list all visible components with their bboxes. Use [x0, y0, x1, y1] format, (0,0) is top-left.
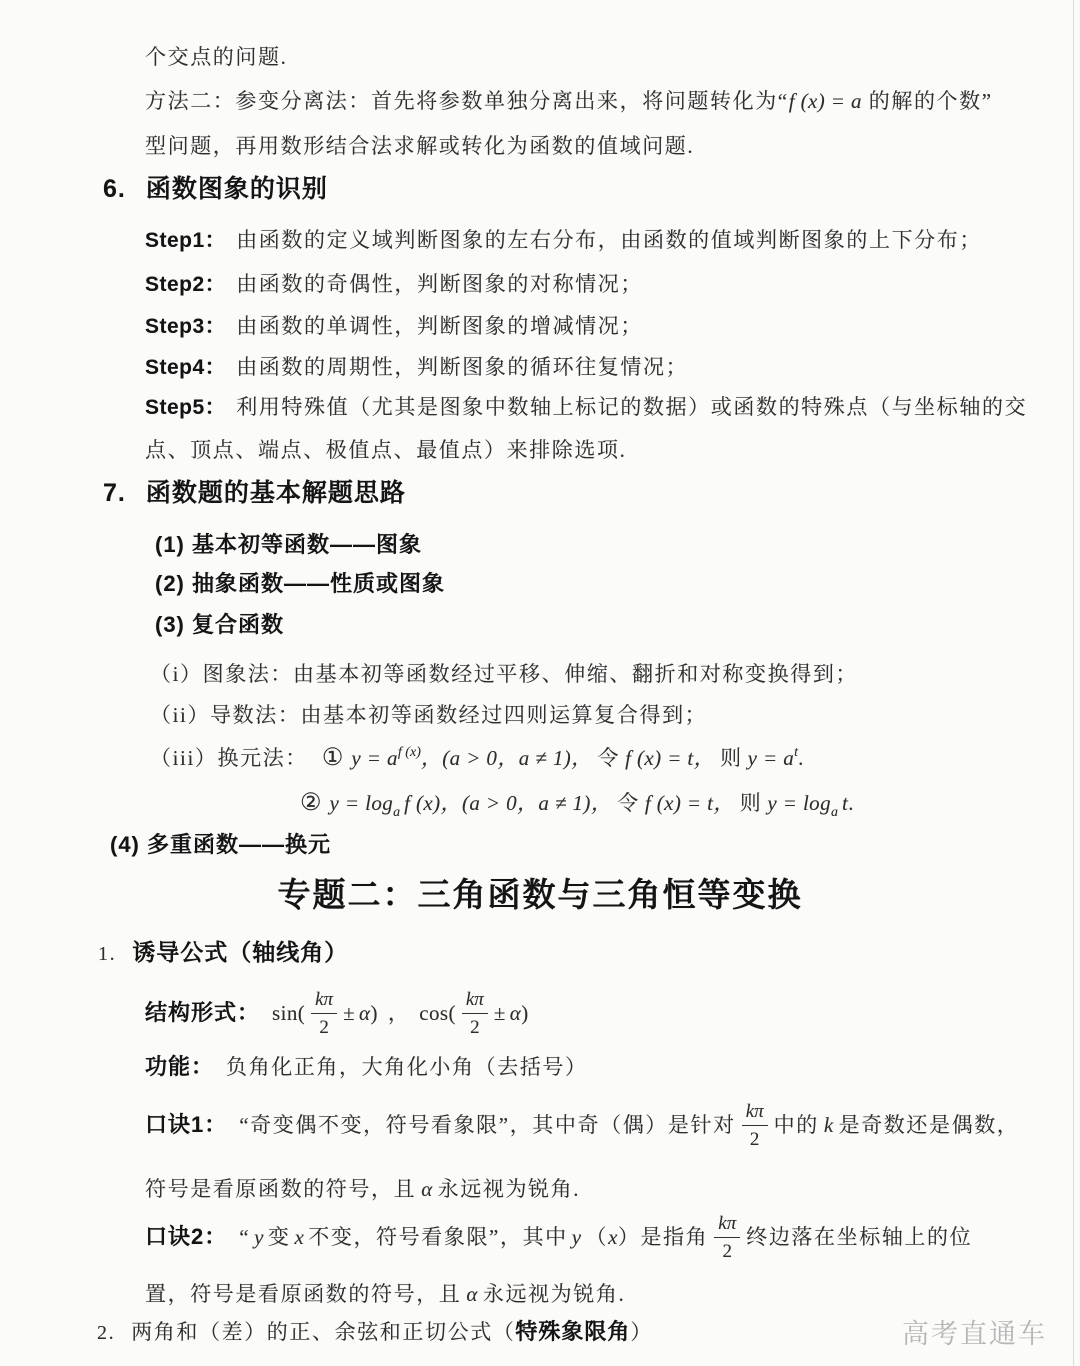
formula2-subscript-a2: a: [831, 805, 838, 820]
alpha-symbol: α: [359, 1000, 370, 1026]
section7-title: 函数题的基本解题思路: [146, 479, 406, 507]
tip2-post: 终边落在坐标轴上的位: [746, 1224, 972, 1250]
section7-item3: (3) 复合函数: [155, 611, 284, 639]
variable-k: k: [824, 1112, 834, 1138]
fraction-kpi-over-2: kπ2: [714, 1214, 740, 1261]
section7-number: 7.: [103, 479, 126, 507]
section7-sub-iii: （iii）换元法：①y = af (x)，(a > 0，a ≠ 1)，令f (x…: [150, 743, 804, 773]
formula2-part4: y = log: [767, 791, 831, 815]
watermark: 高考直通车: [902, 1312, 1047, 1351]
variable-y2: y: [572, 1224, 582, 1250]
tip1-cont-tail: 永远视为锐角.: [438, 1177, 580, 1201]
paragraph-intro-line3: 型问题，再用数形结合法求解或转化为函数的值域问题.: [145, 133, 694, 159]
section6-number: 6.: [103, 175, 126, 203]
close-paren: ): [521, 1000, 528, 1026]
function-row: 功能：负角化正角，大角化小角（去括号）: [145, 1053, 588, 1081]
function-text: 负角化正角，大角化小角（去括号）: [226, 1055, 588, 1079]
section7-sub-i: （i）图象法：由基本初等函数经过平移、伸缩、翻折和对称变换得到；: [150, 661, 858, 687]
topic2-item2-post: ）: [630, 1320, 653, 1344]
fraction-kpi-over-2: kπ2: [311, 990, 337, 1037]
variable-y: y: [254, 1224, 264, 1250]
method2-text: 方法二：参变分离法：首先将参数单独分离出来，将问题转化为“: [145, 89, 789, 113]
step5-row: Step5：利用特殊值（尤其是图象中数轴上标记的数据）或函数的特殊点（与坐标轴的…: [145, 394, 1027, 421]
step2-row: Step2：由函数的奇偶性，判断图象的对称情况；: [145, 271, 643, 298]
alpha-symbol: α: [421, 1177, 432, 1201]
formula1-part4: y = a: [748, 746, 795, 770]
tip2-continuation: 置，符号是看原函数的符号，且α永远视为锐角.: [145, 1281, 625, 1307]
tip1-label: 口诀1：: [145, 1111, 227, 1139]
step5-label: Step5：: [145, 396, 226, 419]
tip2-row: 口诀2： “ y 变 x 不变，符号看象限”，其中 y （ x ）是指角 kπ2…: [145, 1208, 972, 1266]
tip1-row: 口诀1： “奇变偶不变，符号看象限”，其中奇（偶）是针对 kπ2 中的 k 是奇…: [145, 1096, 1019, 1154]
structure-form-row: 结构形式： sin( kπ2 ± α ) ， cos( kπ2 ± α ): [145, 984, 529, 1042]
tip2-quote-open: “: [239, 1224, 250, 1250]
variable-x2: x: [608, 1224, 618, 1250]
topic2-item1-number: 1.: [98, 943, 116, 965]
circled-2-icon: ②: [300, 790, 322, 816]
alpha-symbol: α: [466, 1282, 477, 1306]
tip2-word-change: 变: [268, 1224, 291, 1250]
structure-label: 结构形式：: [145, 999, 260, 1027]
step1-row: Step1：由函数的定义域判断图象的左右分布，由函数的值域判断图象的上下分布；: [145, 227, 982, 254]
paragraph-method2: 方法二：参变分离法：首先将参数单独分离出来，将问题转化为“f (x) = a 的…: [145, 88, 993, 114]
step2-label: Step2：: [145, 273, 226, 296]
tip1-continuation: 符号是看原函数的符号，且α永远视为锐角.: [145, 1176, 580, 1202]
variable-x: x: [295, 1224, 305, 1250]
tip2-cont-text: 置，符号是看原函数的符号，且: [145, 1282, 461, 1306]
topic2-item2-bold: 特殊象限角: [515, 1319, 630, 1344]
alpha-symbol: α: [510, 1000, 521, 1026]
formula2-subscript-a: a: [393, 805, 400, 820]
section7-sub-ii: （ii）导数法：由基本初等函数经过四则运算复合得到；: [150, 702, 707, 728]
topic2-item2-heading: 2.两角和（差）的正、余弦和正切公式（特殊象限角）: [97, 1318, 653, 1346]
close-paren: ): [370, 1000, 377, 1026]
tip2-paren-open: （: [586, 1224, 609, 1250]
section7-heading: 7.函数题的基本解题思路: [103, 478, 406, 509]
function-label: 功能：: [145, 1054, 214, 1079]
step3-label: Step3：: [145, 315, 226, 338]
step4-label: Step4：: [145, 356, 226, 379]
fraction-kpi-over-2: kπ2: [462, 990, 488, 1037]
formula2-row: ②y = logaf (x)，(a > 0，a ≠ 1)，令f (x) = t，…: [286, 788, 854, 822]
step2-text: 由函数的奇偶性，判断图象的对称情况；: [236, 272, 643, 296]
document-page: 个交点的问题. 方法二：参变分离法：首先将参数单独分离出来，将问题转化为“f (…: [0, 0, 1080, 1366]
fraction-kpi-over-2: kπ2: [742, 1102, 768, 1149]
topic2-item2-pre: 两角和（差）的正、余弦和正切公式（: [131, 1320, 515, 1344]
topic2-item1-title: 诱导公式（轴线角）: [132, 939, 348, 965]
tip2-label: 口诀2：: [145, 1223, 227, 1251]
formula1-exponent: f (x): [398, 745, 421, 760]
tip1-cont-text: 符号是看原函数的符号，且: [145, 1177, 416, 1201]
formula1-part1: y = a: [351, 746, 398, 770]
topic2-item2-number: 2.: [97, 1322, 115, 1344]
step4-row: Step4：由函数的周期性，判断图象的循环往复情况；: [145, 354, 688, 381]
step1-label: Step1：: [145, 229, 226, 252]
formula1-period: .: [798, 746, 804, 770]
formula2-period: .: [848, 791, 854, 815]
method2-text-tail: 的解的个数”: [862, 89, 993, 113]
formula2-word-let: 令: [617, 791, 640, 815]
cos-function: cos(: [419, 1000, 456, 1026]
tip1-post: 是奇数还是偶数，: [839, 1112, 1020, 1138]
step5-text: 利用特殊值（尤其是图象中数轴上标记的数据）或函数的特殊点（与坐标轴的交: [236, 395, 1027, 419]
step3-row: Step3：由函数的单调性，判断图象的增减情况；: [145, 313, 643, 340]
section6-heading: 6.函数图象的识别: [103, 174, 328, 205]
formula2-part3: f (x) = t，: [645, 791, 735, 815]
comma-separator: ，: [388, 1000, 409, 1026]
step1-text: 由函数的定义域判断图象的左右分布，由函数的值域判断图象的上下分布；: [236, 228, 982, 252]
tip2-text: 不变，符号看象限”，其中: [308, 1224, 568, 1250]
tip1-text: “奇变偶不变，符号看象限”，其中奇（偶）是针对: [239, 1112, 735, 1138]
paragraph-intro-line1: 个交点的问题.: [145, 44, 287, 70]
sub-iii-label: （iii）换元法：: [150, 746, 308, 770]
step4-text: 由函数的周期性，判断图象的循环往复情况；: [236, 355, 688, 379]
formula1-word-then: 则: [720, 746, 743, 770]
formula2-word-then: 则: [740, 791, 763, 815]
tip2-text2: ）是指角: [618, 1224, 708, 1250]
scan-edge-line: [1073, 0, 1074, 1366]
topic2-heading: 专题二：三角函数与三角恒等变换: [0, 874, 1080, 915]
sin-function: sin(: [272, 1000, 305, 1026]
section7-item4: (4) 多重函数——换元: [110, 831, 331, 859]
formula1-part3: f (x) = t，: [625, 746, 715, 770]
formula2-part2: f (x)，(a > 0，a ≠ 1)，: [404, 791, 612, 815]
inline-formula-fx-equals-a: f (x) = a: [789, 89, 862, 113]
formula1-word-let: 令: [598, 746, 621, 770]
plus-minus-sign: ±: [343, 1000, 355, 1026]
tip2-cont-tail: 永远视为锐角.: [483, 1282, 625, 1306]
formula2-part1: y = log: [330, 791, 394, 815]
plus-minus-sign: ±: [494, 1000, 506, 1026]
section7-item1: (1) 基本初等函数——图象: [155, 531, 422, 559]
section7-item2: (2) 抽象函数——性质或图象: [155, 570, 445, 598]
tip1-mid: 中的: [774, 1112, 819, 1138]
circled-1-icon: ①: [322, 745, 344, 771]
step3-text: 由函数的单调性，判断图象的增减情况；: [236, 314, 643, 338]
topic2-item1-heading: 1.诱导公式（轴线角）: [98, 938, 348, 967]
step5-continuation: 点、顶点、端点、极值点、最值点）来排除选项.: [145, 437, 626, 463]
formula1-part2: ，(a > 0，a ≠ 1)，: [421, 746, 593, 770]
section6-title: 函数图象的识别: [146, 175, 328, 203]
